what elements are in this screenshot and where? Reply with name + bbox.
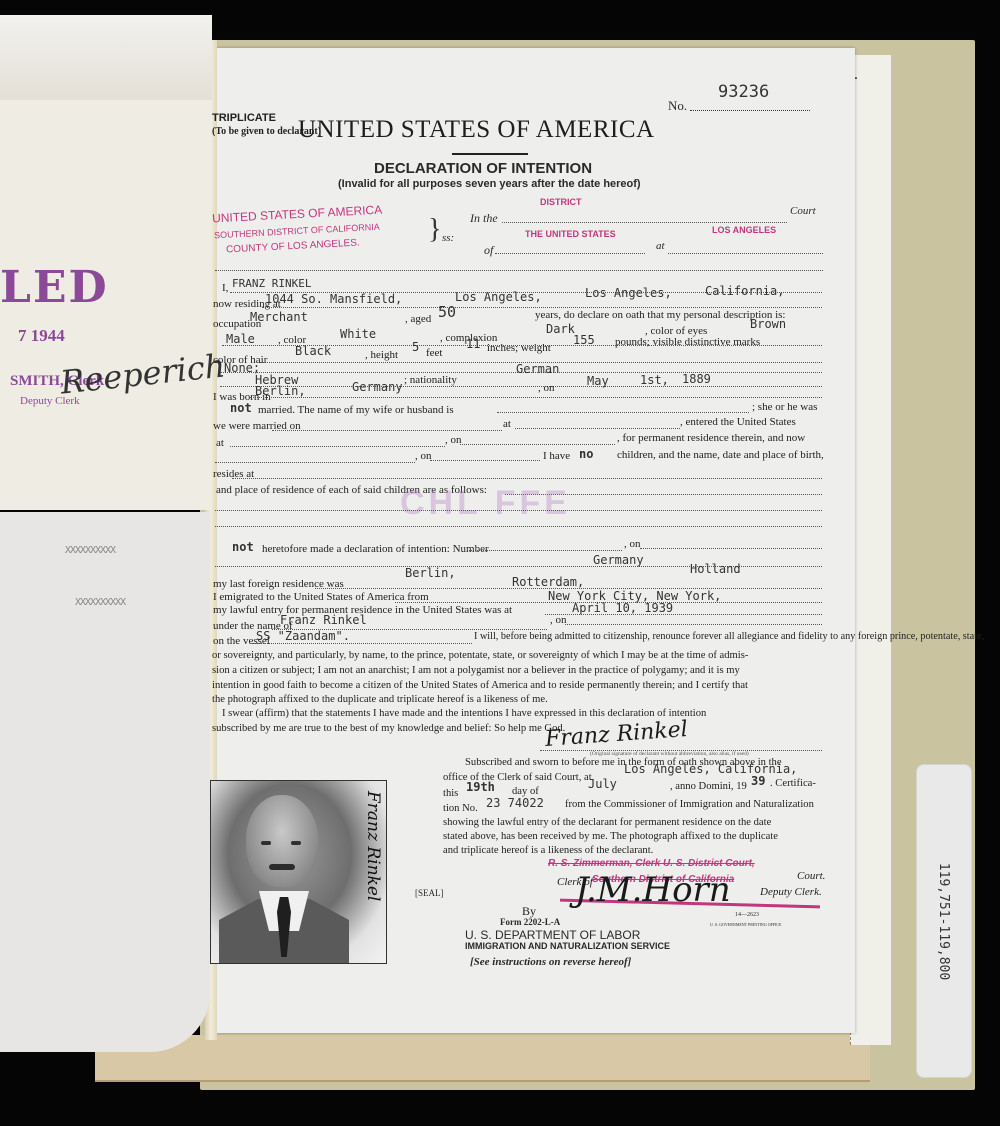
court-at-stamp: LOS ANGELES [712,225,776,235]
form-label: , on [624,538,641,550]
form-label: , for permanent residence therein, and n… [617,432,805,444]
form-label: years, do declare on oath that my person… [535,309,785,321]
form-subtitle: DECLARATION OF INTENTION [374,160,592,177]
printing-office: U. S. GOVERNMENT PRINTING OFFICE [710,922,782,927]
oath-text: sion a citizen or subject; I am not an a… [212,665,740,676]
weight: 155 [573,333,595,347]
form-label: ; nationality [404,374,457,386]
jurat-text: . Certifica- [770,778,816,789]
children-count: no [579,447,593,461]
form-label: I, [222,282,228,294]
form-label: , aged [405,313,431,325]
photo-mustache [269,864,295,870]
jurat-month: July [588,777,617,791]
form-number: Form 2202-L-A [500,917,560,927]
nationality: German [516,362,559,376]
court-label: Court. [797,870,825,882]
jurat-text: this [443,788,458,799]
jurat-text: stated above, has been received by me. T… [443,831,778,842]
birth-city: Berlin, [255,384,306,398]
number-label: No. [668,98,687,114]
form-label: , on [538,382,555,394]
oath-text: intention in good faith to become a citi… [212,680,748,691]
birth-year: 1889 [682,372,711,386]
in-the-label: In the [470,211,498,226]
address-state: California, [705,284,784,298]
of-label: of [484,243,493,258]
eye-color: Brown [750,317,786,331]
address-county: Los Angeles, [585,286,672,300]
form-label: pounds; visible distinctive marks [615,336,760,348]
redaction-mark: XXXXXXXXXX [65,545,115,556]
declarant-photo: Franz Rinkel [210,780,387,964]
printing-number: 14—2623 [735,912,759,918]
marital-status: not [230,401,252,415]
court-of-stamp: THE UNITED STATES [525,229,616,239]
emigrated-from-city: Rotterdam, [512,575,584,589]
page-stack-edge [95,1035,870,1082]
certification-number: 23 74022 [486,796,544,810]
oath-text: or sovereignty, and particularly, by nam… [212,650,748,661]
form-label: I have [543,450,570,462]
jurat-text: , anno Domini, 19 [670,781,747,792]
jurat-text: from the Commissioner of Immigration and… [565,799,814,810]
photo-signature: Franz Rinkel [363,791,383,901]
entry-name: Franz Rinkel [280,613,367,627]
declaration-number: 93236 [718,82,769,102]
validity-note: (Invalid for all purposes seven years af… [338,178,641,190]
age: 50 [438,303,456,321]
form-label: at [216,437,224,449]
form-label: , entered the United States [680,416,796,428]
venue-bracket: } [428,214,441,246]
jurat-text: and triplicate hereof is a likeness of t… [443,845,653,856]
occupation: Merchant [250,310,308,324]
last-residence-city: Berlin, [405,566,456,580]
vessel-name: SS "Zaandam". [256,629,350,643]
birth-country: Germany [352,380,403,394]
service-name: IMMIGRATION AND NATURALIZATION SERVICE [465,941,670,951]
form-label: feet [426,347,442,359]
jurat-text: tion No. [443,803,478,814]
form-label: children, and the name, date and place o… [617,449,824,461]
court-type-stamp: DISTRICT [540,197,582,207]
back-page-edge [850,55,891,1045]
oath-text: the photograph affixed to the duplicate … [212,694,548,705]
photo-eye [261,841,271,845]
at-label: at [656,240,665,252]
deputy-clerk-label: Deputy Clerk. [760,886,822,898]
jurat-day: 19th [466,780,495,794]
color: White [340,327,376,341]
department-name: U. S. DEPARTMENT OF LABOR [465,928,640,942]
clerk-stamp: R. S. Zimmerman, Clerk U. S. District Co… [548,858,755,869]
form-label: , height [365,349,398,361]
jurat-year: 39 [751,774,765,788]
tab-label-text: 119,751-119,800 [937,862,952,979]
folder-tab-label: 119,751-119,800 [916,764,972,1078]
photo-eye [291,841,301,845]
birth-day: 1st, [640,373,669,387]
photo-head [246,795,318,887]
jurat-text: showing the lawful entry of the declaran… [443,817,771,828]
address-street: 1044 So. Mansfield, [265,292,402,306]
clerk-signature: J.M.Horn [575,870,731,910]
form-label: at [503,418,511,430]
instructions-note: [See instructions on reverse hereof] [470,956,631,968]
court-label: Court [790,205,816,217]
birth-month: May [587,374,609,388]
oath-text: subscribed by me are true to the best of… [212,723,565,734]
page-title: UNITED STATES OF AMERICA [298,116,655,144]
filed-stamp: LED [0,262,109,313]
emigrated-from-country: Holland [690,562,741,576]
form-label: inches; weight [487,342,551,354]
last-residence-country: Germany [593,553,644,567]
sex: Male [226,332,255,346]
form-label: ; she or he was [752,401,817,413]
declarant-name: FRANZ RINKEL [232,277,311,290]
filed-stamp-date: 7 1944 [18,326,65,346]
height-inches: 11 [466,337,480,351]
ss-label: ss: [442,232,454,244]
redaction-mark: XXXXXXXXXX [75,597,125,608]
complexion: Dark [546,322,575,336]
jurat-place: Los Angeles, California, [624,762,797,776]
title-rule [452,153,528,155]
watermark-stamp: CHL FFE [400,484,571,523]
oath-text: I will, before being admitted to citizen… [474,631,984,642]
form-label: married. The name of my wife or husband … [258,404,454,416]
form-label: heretofore made a declaration of intenti… [262,543,489,555]
hair-color: Black [295,344,331,358]
entry-date: April 10, 1939 [572,601,673,615]
oath-text: I swear (affirm) that the statements I h… [222,708,706,719]
left-page-bottom [0,512,210,1052]
left-page-fold [0,15,212,100]
seal-label: [SEAL] [415,888,444,898]
prior-declaration: not [232,540,254,554]
address-city: Los Angeles, [455,290,542,304]
height-feet: 5 [412,340,419,354]
